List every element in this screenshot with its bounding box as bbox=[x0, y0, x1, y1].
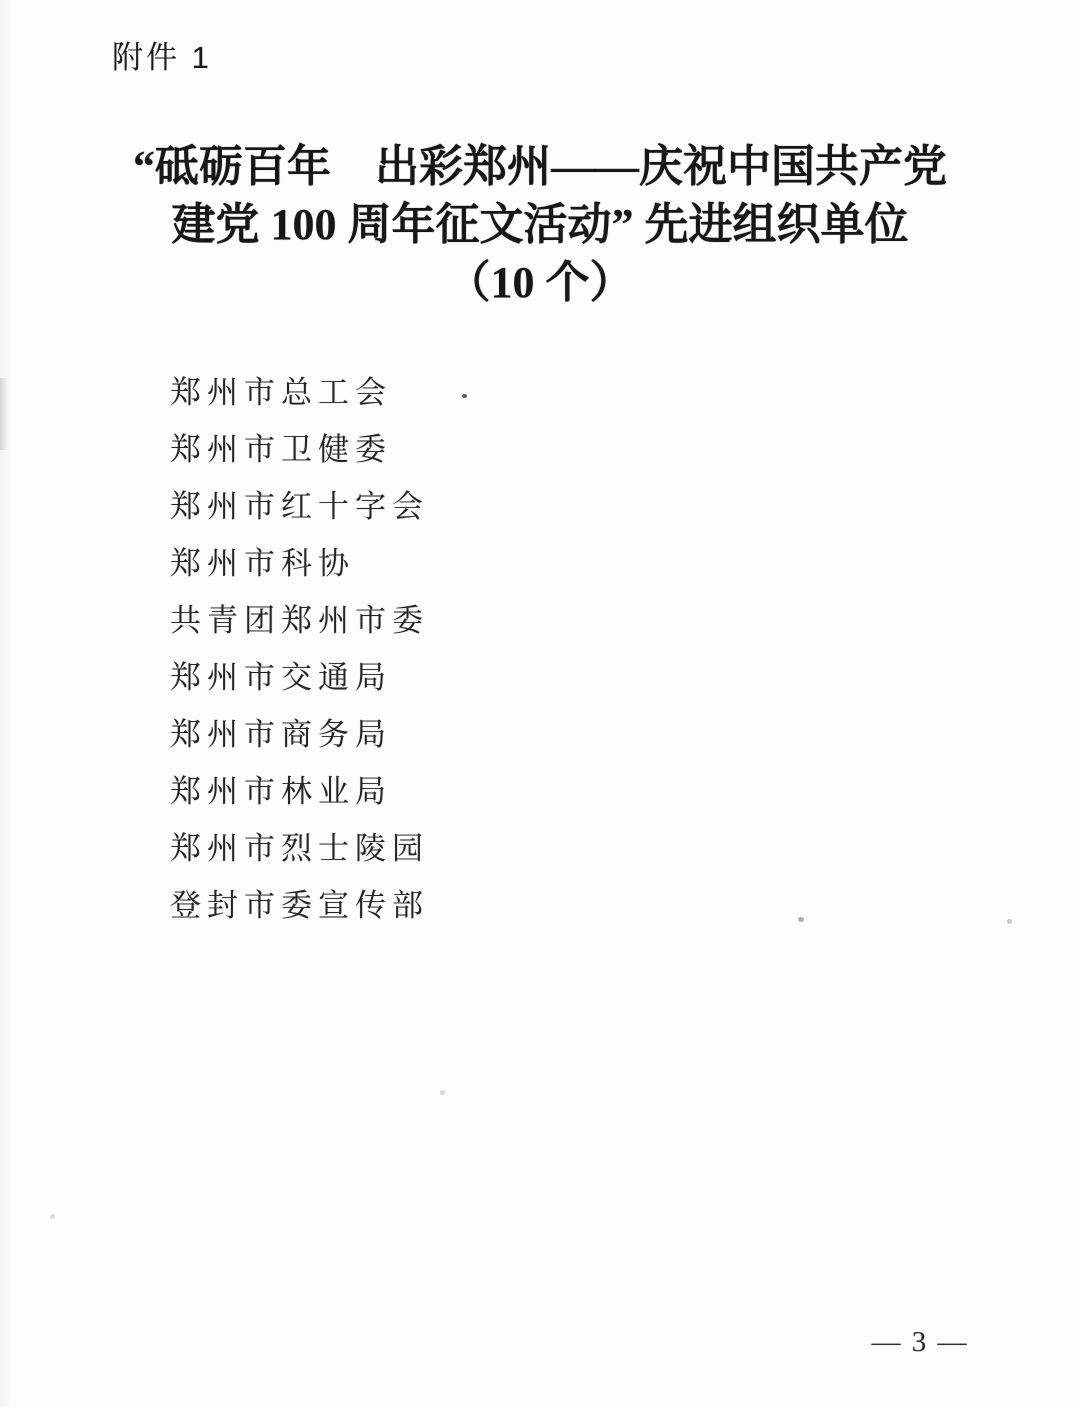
document-page: 附件 1 “砥砺百年 出彩郑州——庆祝中国共产党 建党 100 周年征文活动” … bbox=[0, 0, 1080, 1407]
org-list-item: 共青团郑州市委 bbox=[170, 592, 429, 649]
page-number: — 3 — bbox=[840, 1326, 1000, 1359]
document-title: “砥砺百年 出彩郑州——庆祝中国共产党 建党 100 周年征文活动” 先进组织单… bbox=[0, 138, 1080, 312]
org-list-item: 郑州市林业局 bbox=[170, 763, 429, 820]
org-list-item: 登封市委宣传部 bbox=[170, 877, 429, 934]
org-list-item: 郑州市商务局 bbox=[170, 706, 429, 763]
scan-speck bbox=[462, 394, 467, 398]
scan-speck bbox=[1007, 919, 1012, 924]
org-list-item: 郑州市卫健委 bbox=[170, 421, 429, 478]
scan-speck bbox=[50, 1214, 55, 1219]
attachment-label: 附件 1 bbox=[112, 38, 212, 78]
scan-speck bbox=[440, 1090, 445, 1095]
organization-list: 郑州市总工会 郑州市卫健委 郑州市红十字会 郑州市科协 共青团郑州市委 郑州市交… bbox=[170, 364, 429, 934]
org-list-item: 郑州市总工会 bbox=[170, 364, 429, 421]
document-title-line-3: （10 个） bbox=[0, 254, 1080, 312]
org-list-item: 郑州市科协 bbox=[170, 535, 429, 592]
scan-speck bbox=[798, 917, 804, 922]
document-title-line-2: 建党 100 周年征文活动” 先进组织单位 bbox=[0, 196, 1080, 254]
org-list-item: 郑州市烈士陵园 bbox=[170, 820, 429, 877]
scan-edge-patch bbox=[0, 378, 8, 450]
org-list-item: 郑州市红十字会 bbox=[170, 478, 429, 535]
document-title-line-1: “砥砺百年 出彩郑州——庆祝中国共产党 bbox=[0, 138, 1080, 196]
org-list-item: 郑州市交通局 bbox=[170, 649, 429, 706]
